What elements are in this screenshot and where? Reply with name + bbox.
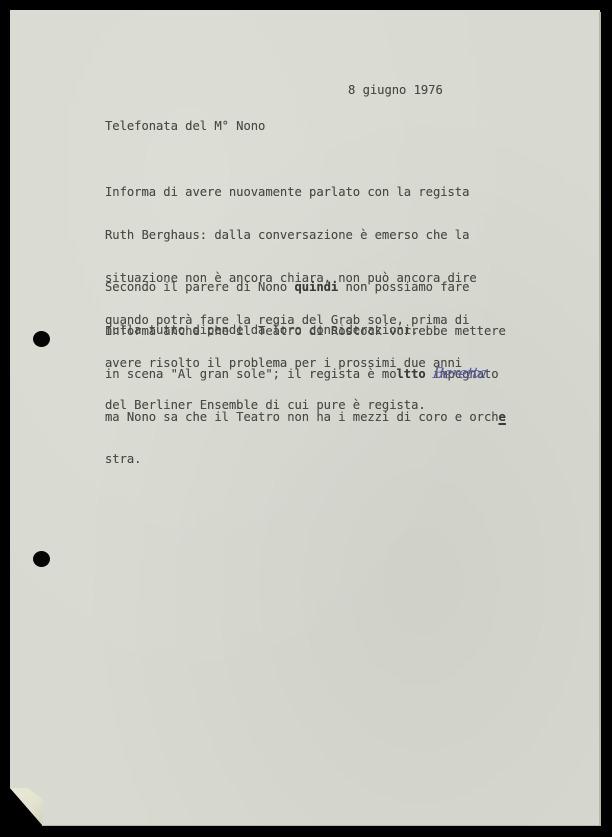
handwritten-signature: Beretta: [432, 364, 488, 382]
scanned-document: 8 giugno 1976 Telefonata del M° Nono Inf…: [0, 0, 612, 837]
text-segment: non possiamo fare: [338, 280, 469, 294]
typo-correction: ltto: [397, 367, 426, 381]
text-line: Informa di avere nuovamente parlato con …: [105, 185, 477, 199]
text-line: Ruth Berghaus: dalla conversazione è eme…: [105, 228, 477, 242]
struck-over-word: quindi: [294, 280, 338, 294]
text-line: Informa anche che il Teatro di Rostock v…: [105, 324, 506, 338]
text-segment: Secondo il parere di Nono: [105, 280, 294, 294]
text-line: ma Nono sa che il Teatro non ha i mezzi …: [105, 410, 506, 424]
underlined-letter: e: [499, 410, 506, 424]
text-segment: in scena "Al gran sole"; il regista è mo: [105, 367, 397, 381]
punch-hole-top: [33, 331, 50, 347]
text-line: stra.: [105, 452, 506, 466]
document-date: 8 giugno 1976: [348, 83, 443, 97]
paragraph-3: Informa anche che il Teatro di Rostock v…: [105, 296, 506, 495]
document-heading: Telefonata del M° Nono: [105, 119, 265, 133]
paper-edge-bottom: [42, 825, 600, 826]
text-line: Secondo il parere di Nono quindi non pos…: [105, 280, 469, 294]
text-segment: ma Nono sa che il Teatro non ha i mezzi …: [105, 410, 499, 424]
punch-hole-bottom: [33, 551, 50, 567]
paper-edge-right: [599, 12, 601, 826]
